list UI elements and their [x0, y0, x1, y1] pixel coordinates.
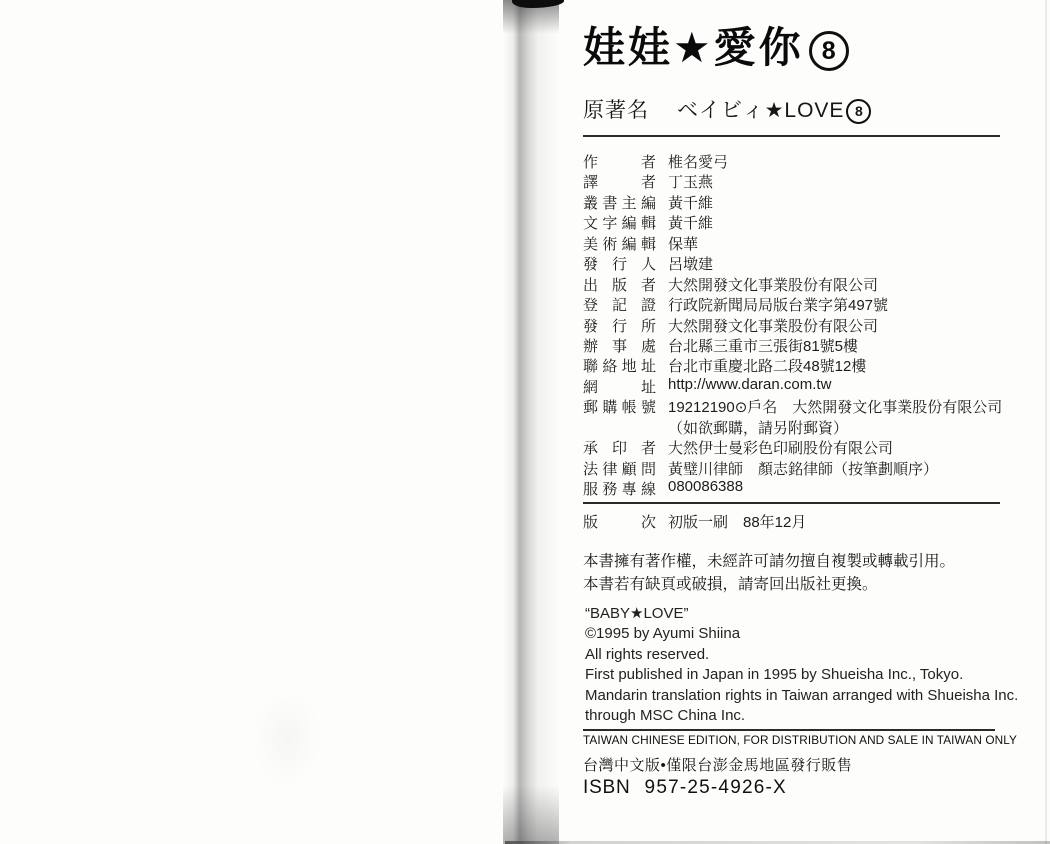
colophon-row-label: 譯者	[583, 171, 656, 192]
colophon-row-label: 網址	[583, 376, 656, 397]
colophon-row-value: 大然開發文化事業股份有限公司	[668, 274, 878, 295]
copyright-line: ©1995 by Ayumi Shiina	[585, 624, 1018, 644]
divider-bottom	[583, 729, 995, 731]
colophon-row-label: 發行所	[583, 315, 656, 336]
colophon-row-value: 黃千維	[668, 212, 713, 233]
colophon-row-label: 登記證	[583, 294, 656, 315]
colophon-row-label: 辦事處	[583, 335, 656, 356]
colophon-row-value: 黃千維	[668, 192, 713, 213]
edition-label: 版次	[583, 511, 656, 532]
original-title-line: 原著名ベイビィ★LOVE8	[583, 94, 871, 124]
colophon-row-label: 美術編輯	[583, 233, 656, 254]
volume-number-badge: 8	[809, 31, 849, 71]
original-title-text: ベイビィ★LOVE	[677, 99, 844, 122]
colophon-row-label: 作者	[583, 151, 656, 172]
rights-notice-line: 本書擁有著作權，未經許可請勿擅自複製或轉載引用。	[583, 550, 955, 573]
colophon-row: 發行人 呂墩建	[583, 253, 1045, 273]
book-title-text: 娃娃★愛你	[583, 24, 804, 71]
copyright-line: Mandarin translation rights in Taiwan ar…	[585, 686, 1018, 706]
original-volume-number: 8	[855, 103, 863, 119]
colophon-row-label: 郵購帳號	[583, 396, 656, 417]
copyright-line: through MSC China Inc.	[585, 706, 1018, 726]
divider-middle	[583, 502, 1000, 504]
colophon-row-value: 080086388	[668, 478, 743, 495]
colophon-row-label: 發行人	[583, 253, 656, 274]
colophon-row: 發行所 大然開發文化事業股份有限公司	[583, 315, 1045, 335]
original-title-label: 原著名	[583, 99, 649, 122]
colophon-row-value: （如欲郵購，請另附郵資）	[668, 417, 848, 438]
copyright-line: “BABY★LOVE”	[585, 604, 1018, 624]
colophon-row-label: 承印者	[583, 437, 656, 458]
colophon-row-value: 保華	[668, 233, 698, 254]
colophon-row-label: 文字編輯	[583, 212, 656, 233]
colophon-row-label: 服務專線	[583, 478, 656, 499]
edition-row: 版次 初版一刷 88年12月	[583, 511, 806, 531]
colophon-row-value: 大然開發文化事業股份有限公司	[668, 315, 878, 336]
taiwan-edition-notice-en: TAIWAN CHINESE EDITION, FOR DISTRIBUTION…	[583, 733, 997, 747]
colophon-row: 服務專線 080086388	[583, 478, 1045, 498]
left-page-ghost-smudge	[252, 688, 322, 788]
colophon-row-label: 叢書主編	[583, 192, 656, 213]
colophon-row: （如欲郵購，請另附郵資）	[583, 417, 1045, 437]
volume-number: 8	[822, 37, 836, 66]
colophon-row-value: 行政院新聞局局版台業字第497號	[668, 294, 888, 315]
colophon-row: 承印者 大然伊士曼彩色印刷股份有限公司	[583, 437, 1045, 457]
rights-notices: 本書擁有著作權，未經許可請勿擅自複製或轉載引用。 本書若有缺頁或破損，請寄回出版…	[583, 550, 955, 596]
colophon-row: 美術編輯 保華	[583, 233, 1045, 253]
colophon-row-value: 19212190⊙戶名 大然開發文化事業股份有限公司	[668, 396, 1002, 417]
colophon-row-value: 台北縣三重市三張街81號5樓	[668, 335, 858, 356]
copyright-line: All rights reserved.	[585, 645, 1018, 665]
page-right-edge	[1045, 0, 1047, 844]
colophon-row-value: http://www.daran.com.tw	[668, 376, 831, 393]
colophon-row: 作者 椎名愛弓	[583, 151, 1045, 171]
colophon-rows: 作者 椎名愛弓 譯者 丁玉燕 叢書主編 黃千維 文字編輯 黃千維 美術編輯 保華…	[583, 151, 1045, 498]
colophon-row: 譯者 丁玉燕	[583, 171, 1045, 191]
colophon-row-label: 聯絡地址	[583, 355, 656, 376]
rights-notice-line: 本書若有缺頁或破損，請寄回出版社更換。	[583, 573, 955, 596]
colophon-row-value: 椎名愛弓	[668, 151, 728, 172]
divider-top	[583, 135, 1000, 137]
colophon-row: 登記證 行政院新聞局局版台業字第497號	[583, 294, 1045, 314]
copyright-block: “BABY★LOVE” ©1995 by Ayumi Shiina All ri…	[585, 604, 1018, 726]
colophon-row: 法律顧問 黃璧川律師 顏志銘律師（按筆劃順序）	[583, 458, 1045, 478]
taiwan-edition-notice-zh: 台灣中文版•僅限台澎金馬地區發行販售	[583, 754, 852, 775]
isbn-label: ISBN	[583, 777, 631, 798]
page-gutter-shadow	[503, 0, 559, 844]
colophon-row: 聯絡地址 台北市重慶北路二段48號12樓	[583, 355, 1045, 375]
isbn-line: ISBN957-25-4926-X	[583, 777, 787, 799]
colophon-row: 網址 http://www.daran.com.tw	[583, 376, 1045, 396]
colophon-row: 文字編輯 黃千維	[583, 212, 1045, 232]
colophon-row: 郵購帳號 19212190⊙戶名 大然開發文化事業股份有限公司	[583, 396, 1045, 416]
colophon-row-value: 黃璧川律師 顏志銘律師（按筆劃順序）	[668, 458, 938, 479]
book-title: 娃娃★愛你8	[583, 24, 849, 72]
scanned-book-spread: 娃娃★愛你8 原著名ベイビィ★LOVE8 作者 椎名愛弓 譯者 丁玉燕 叢書主編…	[0, 0, 1050, 844]
edition-value: 初版一刷 88年12月	[668, 511, 806, 532]
original-volume-badge: 8	[846, 99, 871, 124]
colophon-row-label: 出版者	[583, 274, 656, 295]
colophon-row-value: 丁玉燕	[668, 171, 713, 192]
colophon-row-value: 大然伊士曼彩色印刷股份有限公司	[668, 437, 893, 458]
colophon-row: 辦事處 台北縣三重市三張街81號5樓	[583, 335, 1045, 355]
isbn-number: 957-25-4926-X	[645, 777, 787, 798]
colophon-row: 叢書主編 黃千維	[583, 192, 1045, 212]
colophon-row: 出版者 大然開發文化事業股份有限公司	[583, 274, 1045, 294]
copyright-line: First published in Japan in 1995 by Shue…	[585, 665, 1018, 685]
colophon-row-label: 法律顧問	[583, 458, 656, 479]
colophon-row-value: 呂墩建	[668, 253, 713, 274]
colophon-row-value: 台北市重慶北路二段48號12樓	[668, 355, 866, 376]
